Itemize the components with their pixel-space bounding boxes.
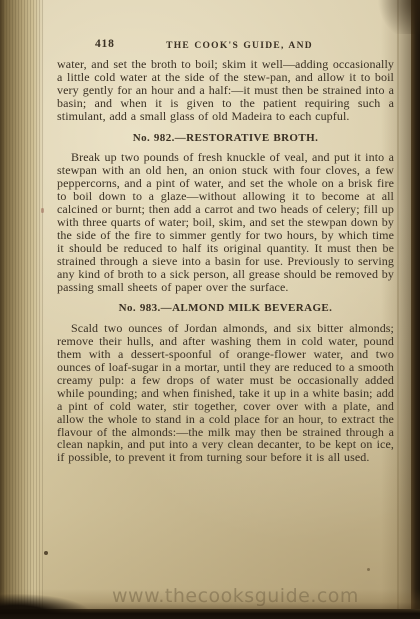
paper-speck — [367, 568, 370, 571]
recipe-body-982: Break up two pounds of fresh knuckle of … — [57, 151, 394, 293]
paper-speck — [44, 551, 48, 555]
book-spine-page-edges — [0, 0, 44, 619]
running-header: 418 THE COOK'S GUIDE, AND — [57, 38, 394, 53]
recipe-body-983: Scald two ounces of Jordan almonds, and … — [57, 322, 394, 464]
running-title: THE COOK'S GUIDE, AND — [166, 40, 313, 53]
photo-top-right-corner-shadow — [372, 0, 420, 34]
photo-right-dark-edge — [411, 0, 420, 619]
page-number: 418 — [95, 38, 115, 51]
page-content: 418 THE COOK'S GUIDE, AND water, and set… — [57, 38, 394, 464]
scanned-book-page-photo: 418 THE COOK'S GUIDE, AND water, and set… — [0, 0, 420, 619]
continuation-paragraph: water, and set the broth to boil; skim i… — [57, 58, 394, 123]
paper-speck — [41, 208, 44, 213]
page-crease-line — [397, 0, 399, 619]
spine-dark-edge — [0, 0, 5, 619]
page-bottom-left-curl-shadow — [0, 594, 90, 614]
recipe-heading-983: No. 983.—ALMOND MILK BEVERAGE. — [57, 302, 394, 315]
recipe-heading-982: No. 982.—RESTORATIVE BROTH. — [57, 132, 394, 145]
